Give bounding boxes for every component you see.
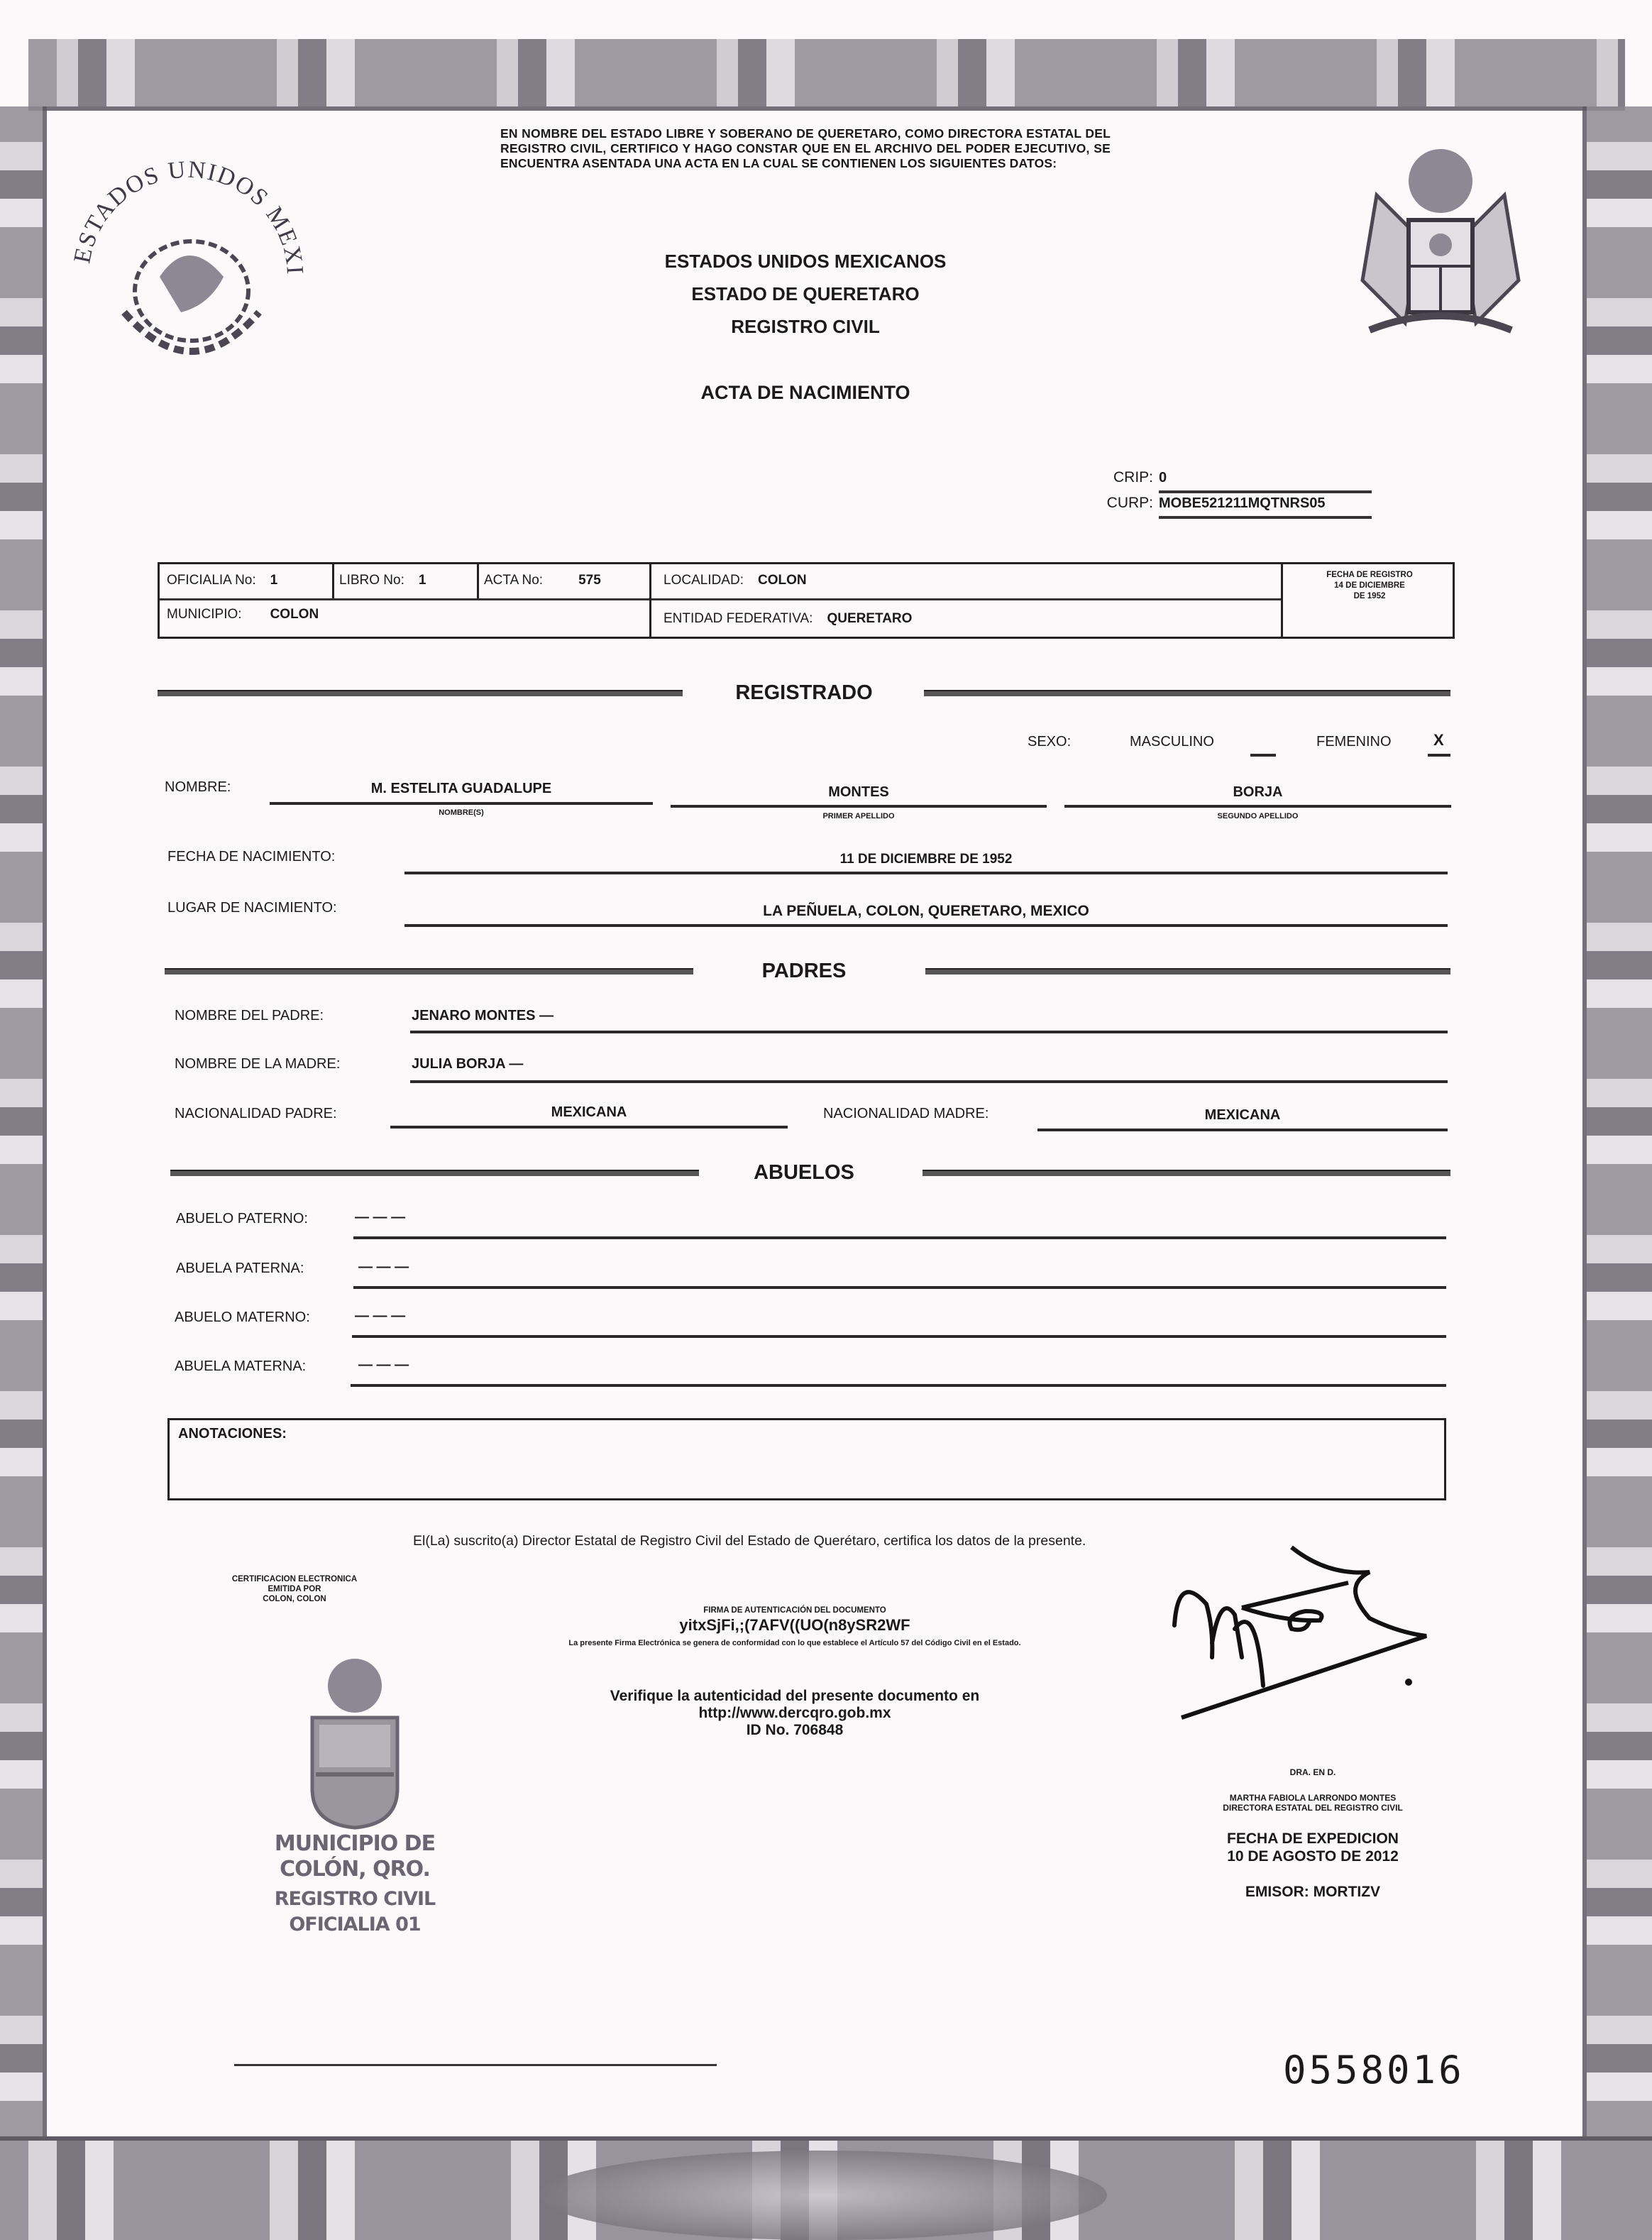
- segundo-apellido-caption: SEGUNDO APELLIDO: [1064, 812, 1451, 820]
- padre-value: JENARO MONTES —: [412, 1008, 554, 1024]
- verification-block: Verifique la autenticidad del presente d…: [554, 1688, 1036, 1739]
- masculino-mark-line: [1250, 754, 1276, 757]
- ornamental-border-right: [1582, 106, 1652, 2136]
- abuelo-paterno-line: [353, 1236, 1446, 1239]
- abuelo-paterno-value: — — —: [355, 1209, 405, 1226]
- section-abuelos: ABUELOS: [158, 1161, 1450, 1182]
- fecha-registro-field: FECHA DE REGISTRO 14 DE DICIEMBRE DE 195…: [1288, 570, 1451, 602]
- abuela-paterna-line: [353, 1286, 1446, 1289]
- svg-text:ESTADOS UNIDOS MEXICANOS: ESTADOS UNIDOS MEXICANOS: [60, 142, 308, 276]
- nacionalidad-madre-label: NACIONALIDAD MADRE:: [823, 1106, 989, 1122]
- nacionalidad-padre-label: NACIONALIDAD PADRE:: [175, 1106, 337, 1122]
- nombres-line: [270, 802, 653, 805]
- handwritten-signature-icon: [1164, 1544, 1433, 1728]
- municipal-stamp: MUNICIPIO DE COLÓN, QRO. REGISTRO CIVIL …: [241, 1654, 468, 1938]
- acta-field: ACTA No:575: [484, 573, 601, 588]
- serial-number: 0558016: [1283, 2048, 1465, 2092]
- header-country: ESTADOS UNIDOS MEXICANOS: [539, 245, 1072, 278]
- firma-value: yitxSjFi,;(7AFV((UO(n8ySR2WF: [454, 1616, 1135, 1635]
- libro-field: LIBRO No:1: [339, 573, 426, 588]
- section-registrado: REGISTRADO: [158, 681, 1450, 703]
- primer-apellido-line: [671, 805, 1047, 808]
- padre-label: NOMBRE DEL PADRE:: [175, 1008, 324, 1024]
- mexican-coat-of-arms-icon: ESTADOS UNIDOS MEXICANOS: [60, 142, 316, 397]
- abuela-materna-value: — — —: [358, 1357, 409, 1373]
- document-header: ESTADOS UNIDOS MEXICANOS ESTADO DE QUERE…: [539, 245, 1072, 343]
- nombres-value: M. ESTELITA GUADALUPE: [270, 781, 653, 797]
- madre-value: JULIA BORJA —: [412, 1056, 523, 1072]
- firma-note: La presente Firma Electrónica se genera …: [454, 1639, 1135, 1647]
- curp-value: MOBE521211MQTNRS05: [1159, 490, 1372, 519]
- lugar-nacimiento-label: LUGAR DE NACIMIENTO:: [167, 900, 337, 916]
- oficialia-field: OFICIALIA No:1: [167, 573, 277, 588]
- primer-apellido-value: MONTES: [671, 784, 1047, 801]
- crip-value: 0: [1159, 465, 1372, 493]
- signatory-name: MARTHA FABIOLA LARRONDO MONTES: [1150, 1793, 1476, 1803]
- abuela-paterna-value: — — —: [358, 1259, 409, 1275]
- verification-id: ID No. 706848: [554, 1722, 1036, 1739]
- page-title: ACTA DE NACIMIENTO: [539, 382, 1072, 404]
- madre-label: NOMBRE DE LA MADRE:: [175, 1056, 340, 1072]
- nacionalidad-padre-line: [390, 1126, 788, 1129]
- nombres-caption: NOMBRE(S): [270, 808, 653, 817]
- section-title: ABUELOS: [158, 1161, 1450, 1185]
- registry-table: OFICIALIA No:1 LIBRO No:1 ACTA No:575 LO…: [158, 562, 1455, 639]
- ornamental-border-left: [0, 106, 47, 2136]
- certification-statement: El(La) suscrito(a) Director Estatal de R…: [413, 1533, 1151, 1549]
- nacionalidad-padre-value: MEXICANA: [390, 1104, 788, 1121]
- segundo-apellido-value: BORJA: [1064, 784, 1451, 801]
- verification-url[interactable]: http://www.dercqro.gob.mx: [554, 1705, 1036, 1722]
- firma-label: FIRMA DE AUTENTICACIÓN DEL DOCUMENTO: [454, 1606, 1135, 1615]
- certification-intro-text: EN NOMBRE DEL ESTADO LIBRE Y SOBERANO DE…: [500, 126, 1111, 171]
- section-padres: PADRES: [158, 960, 1450, 981]
- localidad-field: LOCALIDAD:COLON: [663, 573, 807, 588]
- madre-line: [410, 1080, 1448, 1083]
- abuela-paterna-label: ABUELA PATERNA:: [176, 1261, 304, 1277]
- abuelo-materno-value: — — —: [355, 1308, 405, 1324]
- lugar-nacimiento-value: LA PEÑUELA, COLON, QUERETARO, MEXICO: [404, 903, 1448, 920]
- fecha-nacimiento-line: [404, 872, 1448, 874]
- queretaro-coat-of-arms-icon: [1334, 138, 1547, 351]
- fecha-nacimiento-value: 11 DE DICIEMBRE DE 1952: [404, 852, 1448, 867]
- padre-line: [410, 1031, 1448, 1033]
- nombre-label: NOMBRE:: [165, 779, 231, 796]
- abuela-materna-label: ABUELA MATERNA:: [175, 1358, 306, 1375]
- section-title: REGISTRADO: [158, 681, 1450, 705]
- ornamental-oval-icon: [539, 2151, 1107, 2240]
- stamp-signature-line: [234, 2064, 717, 2066]
- emisor: EMISOR: MORTIZV: [1150, 1884, 1476, 1901]
- header-registry: REGISTRO CIVIL: [539, 310, 1072, 343]
- entidad-field: ENTIDAD FEDERATIVA:QUERETARO: [663, 611, 912, 627]
- electronic-certification: CERTIFICACION ELECTRONICA EMITIDA POR CO…: [192, 1574, 397, 1604]
- femenino-mark: X: [1433, 731, 1444, 750]
- abuelo-paterno-label: ABUELO PATERNO:: [176, 1211, 308, 1227]
- nacionalidad-madre-value: MEXICANA: [1037, 1107, 1448, 1124]
- abuela-materna-line: [351, 1384, 1446, 1387]
- abuelo-materno-line: [352, 1335, 1446, 1338]
- ornamental-border-top: [28, 39, 1625, 111]
- nacionalidad-madre-line: [1037, 1129, 1448, 1131]
- fecha-nacimiento-label: FECHA DE NACIMIENTO:: [167, 849, 335, 865]
- masculino-label: MASCULINO: [1130, 734, 1214, 750]
- signatory-position: DIRECTORA ESTATAL DEL REGISTRO CIVIL: [1150, 1803, 1476, 1813]
- signatory-name-position: MARTHA FABIOLA LARRONDO MONTES DIRECTORA…: [1150, 1793, 1476, 1813]
- municipio-field: MUNICIPIO:COLON: [167, 607, 319, 622]
- section-title: PADRES: [158, 960, 1450, 983]
- sexo-label: SEXO:: [1028, 734, 1071, 750]
- abuelo-materno-label: ABUELO MATERNO:: [175, 1310, 310, 1326]
- anotaciones-label: ANOTACIONES:: [178, 1426, 287, 1442]
- femenino-mark-line: [1428, 754, 1450, 757]
- colon-municipal-shield-icon: [298, 1654, 412, 1831]
- femenino-label: FEMENINO: [1316, 734, 1392, 750]
- lugar-nacimiento-line: [404, 924, 1448, 927]
- header-state: ESTADO DE QUERETARO: [539, 278, 1072, 310]
- segundo-apellido-line: [1064, 805, 1451, 808]
- curp-label: CURP:: [1093, 490, 1153, 516]
- signatory-title: DRA. EN D.: [1150, 1767, 1476, 1777]
- id-codes: CRIP:0 CURP:MOBE521211MQTNRS05: [1093, 465, 1159, 516]
- anotaciones-box: ANOTACIONES:: [167, 1418, 1446, 1500]
- crip-label: CRIP:: [1093, 465, 1153, 490]
- primer-apellido-caption: PRIMER APELLIDO: [671, 812, 1047, 820]
- authentication-signature: FIRMA DE AUTENTICACIÓN DEL DOCUMENTO yit…: [454, 1606, 1135, 1647]
- expedition-date: FECHA DE EXPEDICION 10 DE AGOSTO DE 2012: [1150, 1830, 1476, 1865]
- signatory-block: DRA. EN D. MARTHA FABIOLA LARRONDO MONTE…: [1150, 1767, 1476, 1901]
